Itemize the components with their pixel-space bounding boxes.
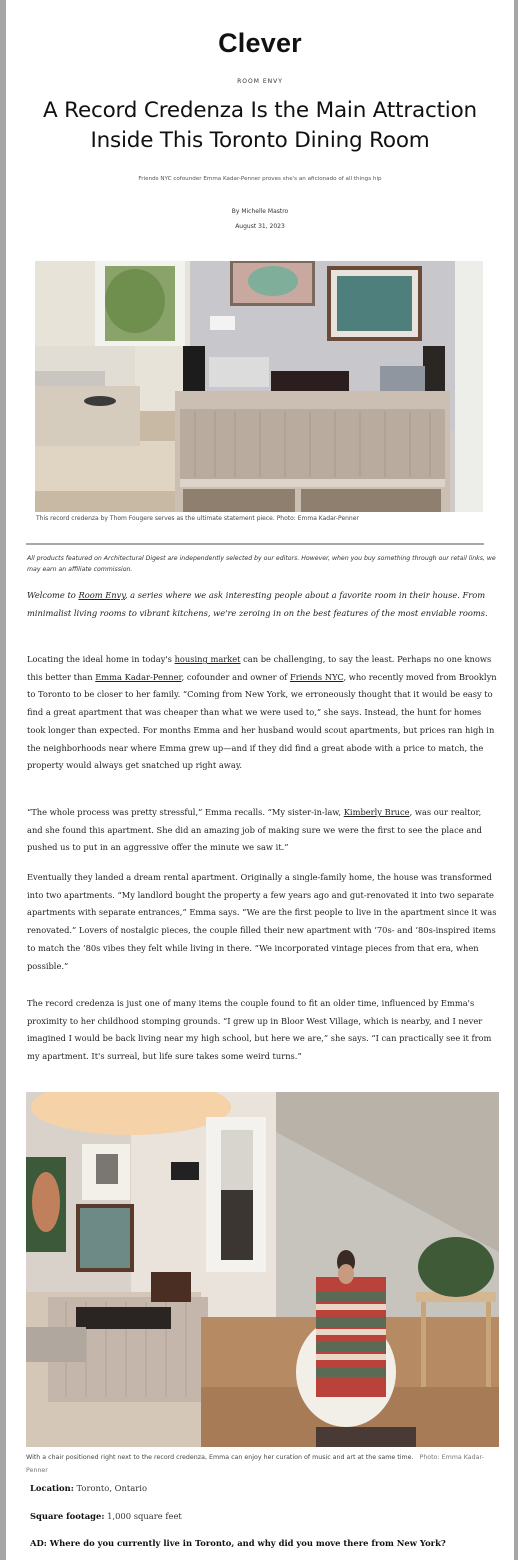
second-photo-caption: With a chair positioned right next to th… bbox=[26, 1452, 504, 1477]
hero-photo-credit: Photo: Emma Kadar-Penner bbox=[277, 515, 359, 522]
sqft-label: Square footage: bbox=[30, 1511, 104, 1521]
hero-photo-image bbox=[35, 261, 483, 512]
divider bbox=[26, 543, 484, 545]
dek: Friends NYC cofounder Emma Kadar-Penner … bbox=[6, 176, 514, 182]
p1-text-4: , who recently moved from Brooklyn to To… bbox=[27, 672, 497, 771]
second-caption-text: With a chair positioned right next to th… bbox=[26, 1454, 414, 1461]
second-photo-image bbox=[26, 1092, 499, 1447]
p1-text-1: Locating the ideal home in today's bbox=[27, 654, 175, 664]
article-page: Clever ROOM ENVY A Record Credenza Is th… bbox=[6, 0, 514, 1560]
kimberly-bruce-link[interactable]: Kimberly Bruce bbox=[344, 807, 410, 817]
location-value: Toronto, Ontario bbox=[74, 1483, 147, 1493]
hero-caption-text: This record credenza by Thom Fougere ser… bbox=[36, 515, 275, 522]
location-fact: Location: Toronto, Ontario bbox=[30, 1483, 510, 1493]
square-footage-fact: Square footage: 1,000 square feet bbox=[30, 1511, 510, 1521]
byline[interactable]: By Michelle Mastro bbox=[6, 208, 514, 215]
emma-kadar-penner-link[interactable]: Emma Kadar-Penner bbox=[95, 672, 181, 682]
publish-date: August 31, 2023 bbox=[6, 223, 514, 230]
site-logo[interactable]: Clever bbox=[6, 28, 514, 59]
body-paragraph-2: “The whole process was pretty stressful,… bbox=[27, 804, 499, 857]
second-photo bbox=[26, 1092, 499, 1447]
body-paragraph-4: The record credenza is just one of many … bbox=[27, 995, 499, 1066]
housing-market-link[interactable]: housing market bbox=[175, 654, 241, 664]
p1-text-3: , cofounder and owner of bbox=[182, 672, 290, 682]
headline: A Record Credenza Is the Main Attraction… bbox=[10, 96, 510, 156]
hero-photo bbox=[35, 261, 483, 512]
hero-photo-caption: This record credenza by Thom Fougere ser… bbox=[36, 515, 496, 522]
affiliate-disclaimer: All products featured on Architectural D… bbox=[27, 553, 497, 575]
intro-paragraph: Welcome to Room Envy, a series where we … bbox=[27, 587, 499, 622]
location-label: Location: bbox=[30, 1483, 74, 1493]
body-paragraph-1: Locating the ideal home in today's housi… bbox=[27, 651, 499, 775]
intro-text-1: Welcome to bbox=[27, 590, 78, 600]
body-paragraph-3: Eventually they landed a dream rental ap… bbox=[27, 869, 499, 975]
room-envy-link[interactable]: Room Envy bbox=[78, 590, 124, 600]
p2-text-1: “The whole process was pretty stressful,… bbox=[27, 807, 344, 817]
friends-nyc-link[interactable]: Friends NYC bbox=[290, 672, 343, 682]
interview-question: AD: Where do you currently live in Toron… bbox=[30, 1538, 510, 1548]
rubric-link[interactable]: ROOM ENVY bbox=[6, 78, 514, 85]
sqft-value: 1,000 square feet bbox=[104, 1511, 181, 1521]
